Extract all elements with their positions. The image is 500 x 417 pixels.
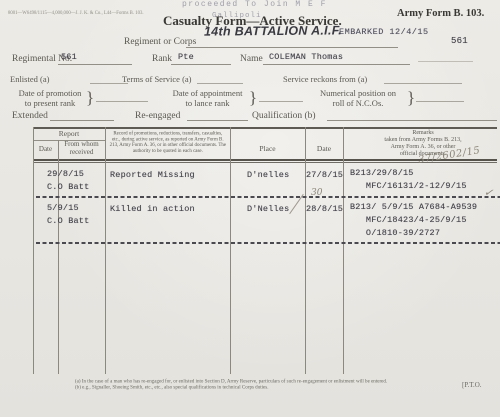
form-number: Army Form B. 103. <box>397 8 484 19</box>
regiment-or-corps-label: Regiment or Corps <box>124 37 196 47</box>
record-column-header: Record of promotions, reductions, transf… <box>109 130 227 153</box>
from-whom-column-header: From whom received <box>57 141 106 156</box>
extended-label: Extended <box>12 111 48 121</box>
place-column-header: Place <box>230 144 305 153</box>
row1-place-cell: D'nelles <box>247 170 289 180</box>
report-column-header: Report <box>33 129 105 138</box>
terms-of-service-label: Terms of Service (a) <box>122 74 192 84</box>
promotion-label-line2: to present rank <box>25 98 76 108</box>
embarked-stamp: EMBARKED 12/4/15 <box>339 27 429 37</box>
rank-value: Pte <box>178 52 194 62</box>
regiment-underline <box>186 47 398 48</box>
name-underline-extra <box>418 61 473 62</box>
printer-imprint: 8001—W6498/1115—4,000,000—J. J. K. & Co.… <box>8 10 172 16</box>
terms-underline <box>197 83 243 84</box>
rank-underline <box>171 64 231 65</box>
numerical-label-line2: roll of N.C.Os. <box>333 98 384 108</box>
appointment-underline <box>259 101 303 102</box>
date2-column-header: Date <box>305 144 343 153</box>
row-separator-dashed-1 <box>36 196 500 198</box>
row2-place-cell: D'Nelles <box>247 204 289 214</box>
numerical-position-label: Numerical position on roll of N.C.Os. <box>308 88 408 108</box>
name-value: COLEMAN Thomas <box>269 52 343 62</box>
footnotes: (a) In the case of a man who has re-enga… <box>75 379 446 391</box>
row2-record-cell: Killed in action <box>110 204 195 214</box>
appointment-label-line1: Date of appointment <box>173 88 243 98</box>
enlisted-label: Enlisted (a) <box>10 74 49 84</box>
row1-date-cell: 27/8/15 <box>306 170 343 180</box>
appointment-label: Date of appointment to lance rank <box>165 88 250 108</box>
row2-received-cell: 5/9/15 C.O Batt <box>47 202 89 228</box>
casualty-form-document: 8001—W6498/1115—4,000,000—J. J. K. & Co.… <box>0 0 500 417</box>
numerical-underline <box>416 101 464 102</box>
table-left-border <box>33 127 34 374</box>
column-divider-report-record <box>105 127 106 374</box>
row2-date-cell: 28/8/15 <box>306 204 343 214</box>
reengaged-underline <box>187 120 248 121</box>
column-divider-place-date <box>305 127 306 374</box>
appointment-brace: } <box>249 88 257 108</box>
name-underline <box>263 64 410 65</box>
promotion-underline <box>96 101 148 102</box>
battalion-stamp: 14th BATTALION A.I.F. <box>204 23 342 38</box>
rank-label: Rank <box>152 54 172 64</box>
regimental-no-underline <box>58 64 132 65</box>
handwritten-date-correction: 30 <box>311 188 322 198</box>
qualification-underline <box>327 120 497 121</box>
handwritten-checkmark: ✓ <box>483 185 494 199</box>
promotion-brace: } <box>86 88 94 108</box>
promotion-label: Date of promotion to present rank <box>10 88 90 108</box>
numerical-brace: } <box>407 88 415 108</box>
row-separator-dashed-2 <box>36 242 500 244</box>
reengaged-label: Re-engaged <box>135 111 180 121</box>
column-divider-record-place <box>230 127 231 374</box>
name-label: Name <box>240 54 263 64</box>
extended-underline <box>50 120 114 121</box>
appointment-label-line2: to lance rank <box>186 98 230 108</box>
proceeded-stamp: proceeded To Join M E F <box>182 0 327 9</box>
service-reckons-underline <box>384 83 462 84</box>
column-divider-date-remarks <box>343 127 344 374</box>
row1-record-cell: Reported Missing <box>110 170 195 180</box>
footnote-b: (b) e.g., Signaller, Shoeing Smith, etc.… <box>75 385 446 391</box>
numerical-label-line1: Numerical position on <box>320 88 396 98</box>
row2-remarks-cell: B213/ 5/9/15 A7684-A9539 MFC/18423/4-25/… <box>350 201 477 240</box>
promotion-label-line1: Date of promotion <box>19 88 82 98</box>
date-column-header: Date <box>33 145 58 153</box>
regimental-no-value: 561 <box>61 52 77 62</box>
pto-note: [P.T.O. <box>462 381 482 389</box>
qualification-label: Qualification (b) <box>252 111 316 121</box>
service-reckons-label: Service reckons from (a) <box>283 74 367 84</box>
row1-received-cell: 29/8/15 C.O Batt <box>47 168 89 193</box>
file-number: 561 <box>451 36 468 46</box>
row1-remarks-cell: B213/29/8/15 MFC/16131/2-12/9/15 <box>350 167 467 192</box>
